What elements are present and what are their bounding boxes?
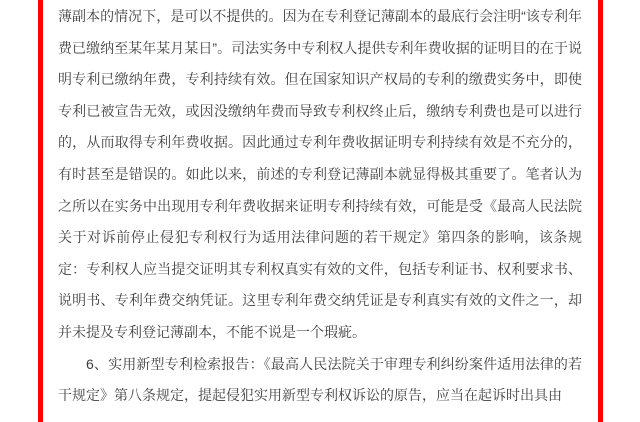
- paragraph-continuation: 薄副本的情况下，是可以不提供的。因为在专利登记薄副本的最底行会注明“该专利年费已…: [58, 1, 582, 349]
- paragraph-item-6-search-report: 6、实用新型专利检索报告：《最高人民法院关于审理专利纠纷案件适用法律的若干规定》…: [58, 349, 582, 412]
- document-body: 薄副本的情况下，是可以不提供的。因为在专利登记薄副本的最底行会注明“该专利年费已…: [58, 0, 582, 412]
- right-margin-rule: [598, 0, 603, 422]
- left-margin-rule: [38, 0, 43, 422]
- document-page: 薄副本的情况下，是可以不提供的。因为在专利登记薄副本的最底行会注明“该专利年费已…: [0, 0, 640, 422]
